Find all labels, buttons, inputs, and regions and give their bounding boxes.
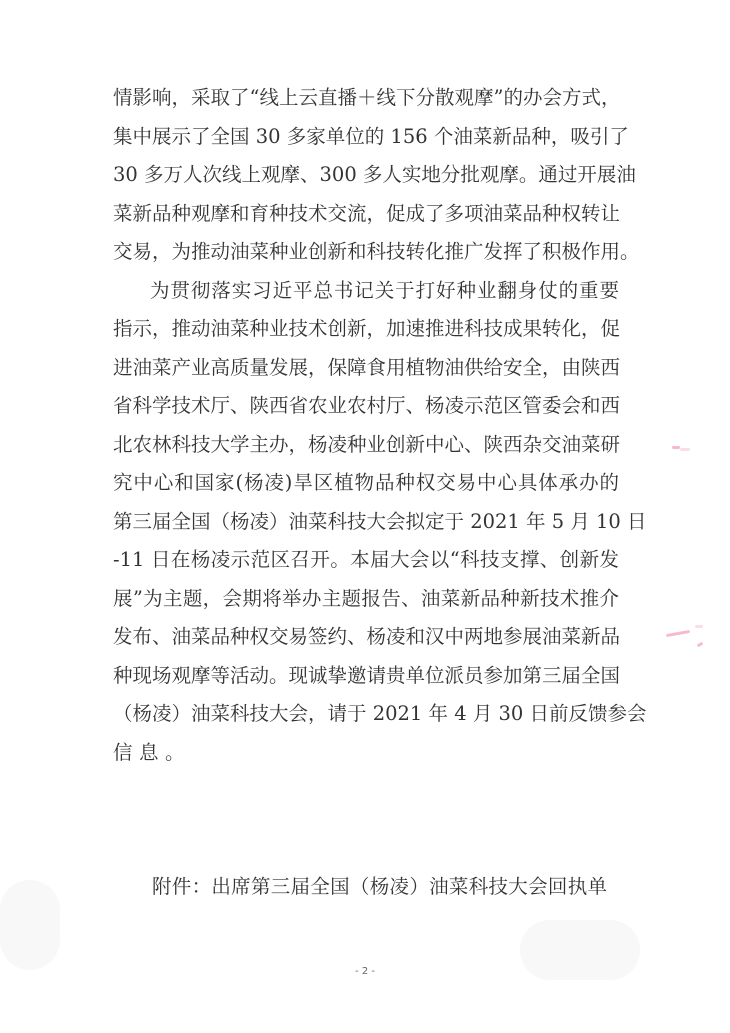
stamp-residue-mark bbox=[666, 630, 690, 637]
stamp-residue-mark bbox=[672, 446, 680, 449]
paragraph-2-line-5: 北农林科技大学主办，杨凌种业创新中心、陕西杂交油菜研 bbox=[113, 430, 619, 460]
paragraph-2-line-3: 进油菜产业高质量发展，保障食用植物油供给安全，由陕西 bbox=[113, 353, 619, 383]
paragraph-2-line-11: 种现场观摩等活动。现诚挚邀请贵单位派员参加第三届全国 bbox=[113, 661, 619, 691]
paragraph-2-line-6: 究中心和国家(杨凌)旱区植物品种权交易中心具体承办的 bbox=[113, 468, 619, 498]
paragraph-1-line-4: 菜新品种观摩和育种技术交流，促成了多项油菜品种权转让 bbox=[113, 199, 619, 229]
paragraph-2-line-10: 发布、油菜品种权交易签约、杨凌和汉中两地参展油菜新品 bbox=[113, 622, 619, 652]
paragraph-2-line-2: 指示，推动油菜种业技术创新，加速推进科技成果转化，促 bbox=[113, 314, 619, 344]
paragraph-2-line-13: 信息。 bbox=[113, 738, 619, 768]
paragraph-2-line-7: 第三届全国（杨凌）油菜科技大会拟定于 2021 年 5 月 10 日 bbox=[113, 507, 619, 537]
paragraph-1-line-2: 集中展示了全国 30 多家单位的 156 个油菜新品种，吸引了 bbox=[113, 122, 619, 152]
paragraph-2-line-12: （杨凌）油菜科技大会，请于 2021 年 4 月 30 日前反馈参会 bbox=[113, 699, 619, 729]
page-number: - 2 - bbox=[0, 964, 730, 980]
paragraph-2-line-1: 为贯彻落实习近平总书记关于打好种业翻身仗的重要 bbox=[150, 276, 619, 306]
scan-smudge bbox=[0, 880, 60, 970]
stamp-residue-mark bbox=[695, 625, 703, 628]
paragraph-1-line-5: 交易，为推动油菜种业创新和科技转化推广发挥了积极作用。 bbox=[113, 237, 619, 267]
paragraph-1-line-3: 30 多万人次线上观摩、300 多人实地分批观摩。通过开展油 bbox=[113, 160, 619, 190]
document-page: 情影响，采取了“线上云直播＋线下分散观摩”的办会方式， 集中展示了全国 30 多… bbox=[0, 0, 730, 1033]
stamp-residue-mark bbox=[697, 642, 704, 648]
paragraph-1-line-1: 情影响，采取了“线上云直播＋线下分散观摩”的办会方式， bbox=[113, 83, 619, 113]
paragraph-2-line-9: 展”为主题，会期将举办主题报告、油菜新品种新技术推介 bbox=[113, 584, 619, 614]
stamp-residue-mark bbox=[680, 448, 690, 451]
attachment-note: 附件：出席第三届全国（杨凌）油菜科技大会回执单 bbox=[152, 872, 607, 902]
paragraph-2-line-4: 省科学技术厅、陕西省农业农村厅、杨凌示范区管委会和西 bbox=[113, 391, 619, 421]
paragraph-2-line-8: -11 日在杨凌示范区召开。本届大会以“科技支撑、创新发 bbox=[113, 545, 619, 575]
